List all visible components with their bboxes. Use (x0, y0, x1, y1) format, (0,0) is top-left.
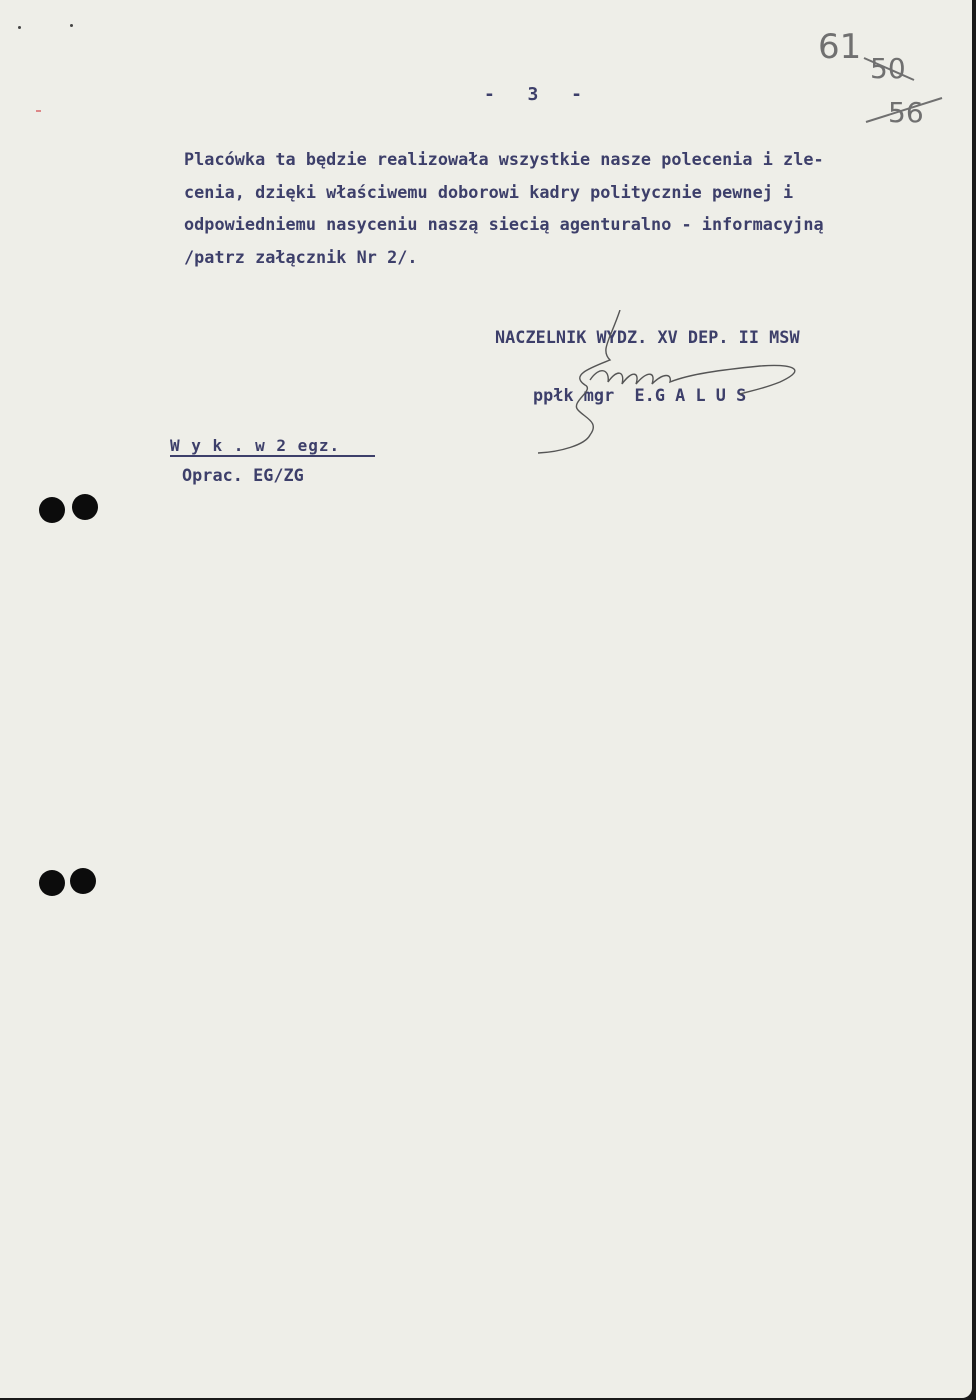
document-page: 61 50 56 - 3 - Placówka ta będzie realiz… (0, 0, 972, 1398)
punch-hole (70, 868, 96, 894)
archive-number-current: 61 (818, 27, 861, 67)
copies-note: W y k . w 2 egz. (170, 436, 340, 455)
punch-hole (39, 870, 65, 896)
body-paragraph: Placówka ta będzie realizowała wszystkie… (184, 143, 824, 273)
body-line: /patrz załącznik Nr 2/. (184, 241, 824, 274)
body-line: Placówka ta będzie realizowała wszystkie… (184, 143, 824, 176)
paper-speck (36, 110, 41, 112)
handwritten-signature (530, 310, 830, 470)
paper-speck (70, 24, 73, 27)
punch-hole (72, 494, 98, 520)
body-line: cenia, dzięki właściwemu doborowi kadry … (184, 176, 824, 209)
archive-page-numbers: 61 50 56 (800, 10, 970, 130)
paper-speck (18, 26, 21, 29)
body-line: odpowiedniemu nasyceniu naszą siecią age… (184, 208, 824, 241)
punch-hole (39, 497, 65, 523)
page-number: - 3 - (484, 84, 582, 105)
copies-underline (170, 455, 375, 457)
prepared-by-note: Oprac. EG/ZG (182, 465, 304, 485)
